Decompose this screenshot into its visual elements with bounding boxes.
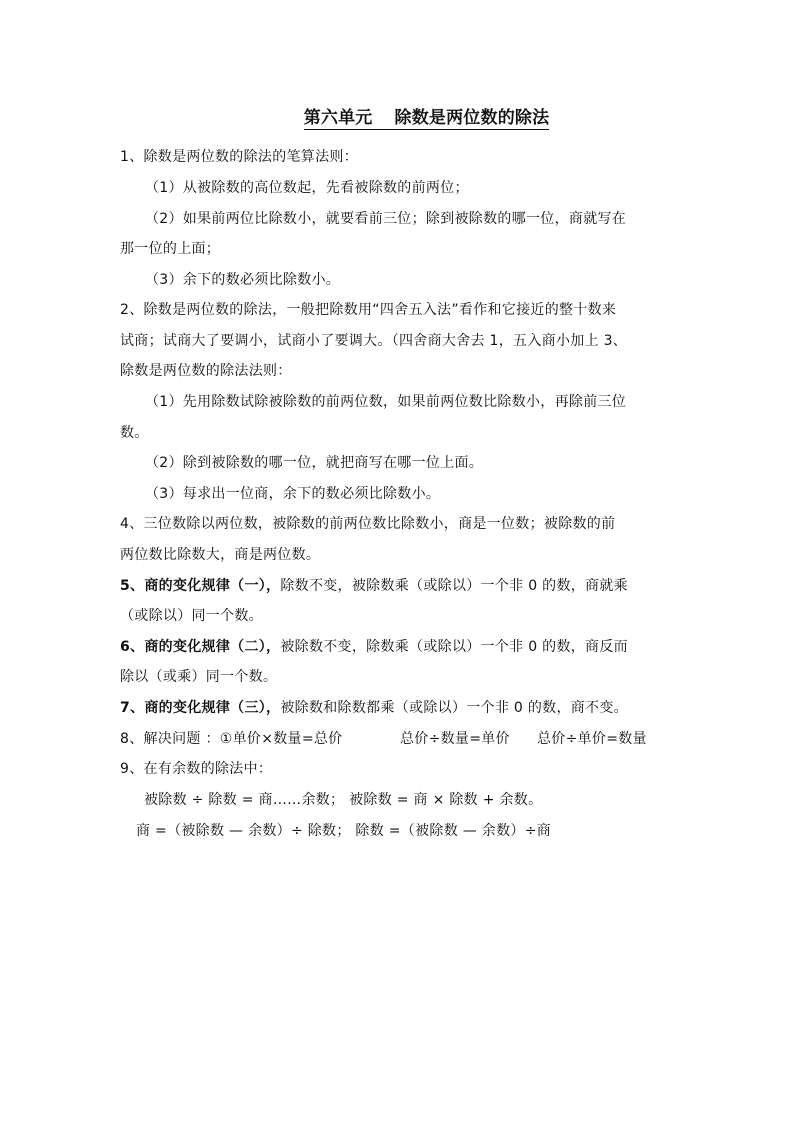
rule-3-step-1-cont: 数。 bbox=[120, 423, 149, 443]
rule-8-formula-2: 总价÷数量=单价 bbox=[400, 729, 510, 749]
rule-9-heading: 9、在有余数的除法中： bbox=[120, 759, 272, 779]
rule-1-step-2: （2）如果前两位比除数小，就要看前三位；除到被除数的哪一位，商就写在 bbox=[145, 209, 626, 229]
rule-3-step-1: （1）先用除数试除被除数的前两位数，如果前两位数比除数小，再除前三位 bbox=[145, 392, 626, 412]
rule-3-step-2: （2）除到被除数的哪一位，就把商写在哪一位上面。 bbox=[145, 453, 483, 473]
rule-6-cont: 除以（或乘）同一个数。 bbox=[120, 667, 277, 687]
rule-6-label: 6、商的变化规律（二）， bbox=[120, 639, 280, 655]
rule-3-step-3: （3）每求出一位商，余下的数必须比除数小。 bbox=[145, 484, 440, 504]
rule-7-text: 被除数和除数都乘（或除以）一个非 0 的数，商不变。 bbox=[280, 700, 628, 716]
rule-7: 7、商的变化规律（三），被除数和除数都乘（或除以）一个非 0 的数，商不变。 bbox=[120, 698, 628, 718]
rule-4: 4、三位数除以两位数，被除数的前两位数比除数小，商是一位数；被除数的前 bbox=[120, 514, 615, 534]
rule-5: 5、商的变化规律（一），除数不变，被除数乘（或除以）一个非 0 的数，商就乘 bbox=[120, 576, 628, 596]
rule-1-step-1: （1）从被除数的高位数起，先看被除数的前两位； bbox=[145, 178, 469, 198]
rule-8-formula-1: 8、解决问题 ：①单价×数量=总价 bbox=[120, 731, 342, 747]
rule-1-heading: 1、除数是两位数的除法的笔算法则： bbox=[120, 147, 358, 167]
rule-3-heading: 除数是两位数的除法法则： bbox=[120, 361, 292, 381]
title-topic: 除数是两位数的除法 bbox=[395, 108, 550, 128]
rule-5-text: 除数不变，被除数乘（或除以）一个非 0 的数，商就乘 bbox=[280, 578, 628, 594]
rule-8-formula-3: 总价÷单价=数量 bbox=[537, 729, 647, 749]
rule-7-label: 7、商的变化规律（三）， bbox=[120, 700, 280, 716]
title-unit: 第六单元 bbox=[304, 108, 373, 128]
rule-8: 8、解决问题 ：①单价×数量=总价 总价÷数量=单价 总价÷单价=数量 bbox=[120, 729, 342, 749]
rule-1-step-3: （3）余下的数必须比除数小。 bbox=[145, 270, 340, 290]
rule-2-cont: 试商；试商大了要调小，试商小了要调大。（四舍商大舍去 1，五入商小加上 3、 bbox=[120, 331, 627, 351]
title-text: 第六单元除数是两位数的除法 bbox=[304, 103, 550, 130]
document-page: 第六单元除数是两位数的除法 1、除数是两位数的除法的笔算法则： （1）从被除数的… bbox=[0, 0, 793, 1122]
rule-6: 6、商的变化规律（二），被除数不变，除数乘（或除以）一个非 0 的数，商反而 bbox=[120, 637, 628, 657]
rule-2: 2、除数是两位数的除法，一般把除数用“四舍五入法”看作和它接近的整十数来 bbox=[120, 300, 616, 320]
page-title: 第六单元除数是两位数的除法 bbox=[0, 103, 793, 130]
rule-5-cont: （或除以）同一个数。 bbox=[120, 606, 263, 626]
rule-6-text: 被除数不变，除数乘（或除以）一个非 0 的数，商反而 bbox=[280, 639, 628, 655]
rule-5-label: 5、商的变化规律（一）， bbox=[120, 578, 280, 594]
rule-4-cont: 两位数比除数大，商是两位数。 bbox=[120, 545, 320, 565]
rule-1-step-2-cont: 那一位的上面； bbox=[120, 239, 220, 259]
rule-9-formula-2: 商 =（被除数 — 余数）÷ 除数； 除数 =（被除数 — 余数）÷商 bbox=[136, 821, 551, 841]
rule-9-formula-1: 被除数 ÷ 除数 = 商……余数； 被除数 = 商 × 除数 + 余数。 bbox=[144, 790, 542, 810]
